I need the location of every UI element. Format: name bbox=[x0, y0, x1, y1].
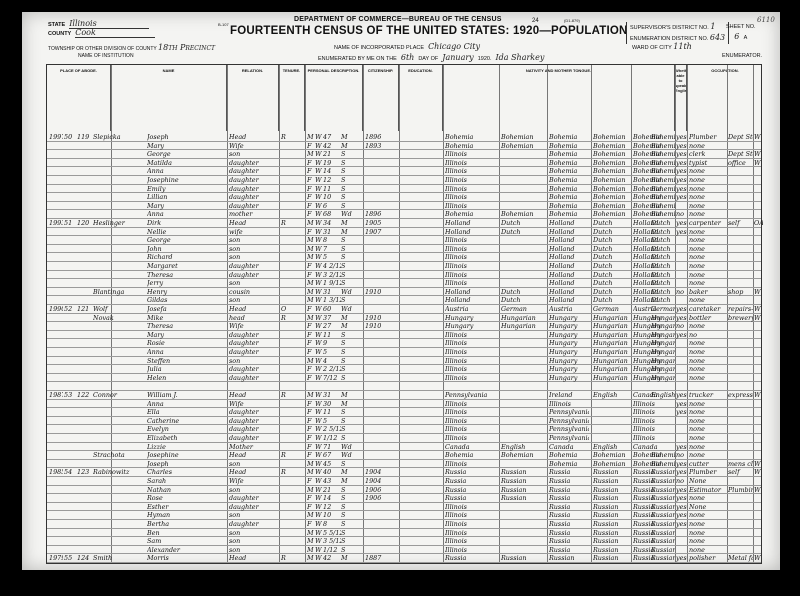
cell-marital: S bbox=[341, 520, 353, 528]
cell-given: Henry bbox=[147, 288, 225, 296]
cell-m-tongue: Bohemian bbox=[651, 210, 675, 218]
cell-f-birth: Illinois bbox=[549, 400, 589, 408]
cell-age: 1 3/12 bbox=[323, 296, 341, 304]
cell-relation: son bbox=[229, 537, 277, 545]
cell-dwelling: 53 bbox=[64, 391, 76, 399]
cell-year-imm: 1896 bbox=[365, 133, 397, 141]
cell-age: 30 bbox=[323, 400, 341, 408]
cell-birth: Illinois bbox=[445, 408, 497, 416]
cell-tongue: Hungarian bbox=[501, 314, 545, 322]
cell-age: 12 bbox=[323, 503, 341, 511]
cell-english: no bbox=[676, 477, 687, 485]
cell-age: 3 2/12 bbox=[323, 271, 341, 279]
cell-industry: mens clothing bbox=[728, 460, 753, 468]
cell-age: 40 bbox=[323, 468, 341, 476]
cell-sex: F bbox=[307, 408, 315, 416]
cell-industry: repairs-wall bbox=[728, 305, 753, 313]
cell-sex: M bbox=[307, 468, 315, 476]
cell-age: 8 bbox=[323, 236, 341, 244]
cell-sex: F bbox=[307, 167, 315, 175]
cell-class: W bbox=[754, 159, 763, 167]
cell-age: 6 bbox=[323, 202, 341, 210]
table-row: BerthadaughterFW8SIllinoisRussiaRussianR… bbox=[47, 520, 761, 529]
cell-tongue: Dutch bbox=[501, 296, 545, 304]
cell-marital: M bbox=[341, 314, 353, 322]
cell-relation: daughter bbox=[229, 374, 277, 382]
cell-sex: M bbox=[307, 236, 315, 244]
cell-sex: M bbox=[307, 279, 315, 287]
sheet-number-box: SHEET NO. 6 A bbox=[726, 22, 756, 43]
cell-house: 1993 bbox=[49, 219, 63, 227]
cell-f-birth: Pennsylvania bbox=[549, 425, 589, 433]
table-row: ElladaughterFW11SIllinoisPennsylvaniaIll… bbox=[47, 408, 761, 417]
cell-age: 67 bbox=[323, 451, 341, 459]
cell-given: Dirk bbox=[147, 219, 225, 227]
table-row: NathansonMW21S1906RussiaRussianRussiaRus… bbox=[47, 486, 761, 495]
table-row: LizzieMotherFW71WdCanadaEnglishCanadaEng… bbox=[47, 443, 761, 452]
census-table: PLACE OF ABODE. NAME RELATION. TENURE. P… bbox=[46, 64, 762, 564]
cell-birth: Illinois bbox=[445, 159, 497, 167]
cell-marital: S bbox=[341, 167, 353, 175]
cell-given: John bbox=[147, 245, 225, 253]
cell-race: W bbox=[315, 468, 323, 476]
cell-f-tongue: Dutch bbox=[593, 271, 629, 279]
cell-sex: F bbox=[307, 176, 315, 184]
cell-age: 9 bbox=[323, 339, 341, 347]
cell-f-tongue: Bohemian bbox=[593, 167, 629, 175]
cell-given: Ben bbox=[147, 529, 225, 537]
table-row: MatildadaughterFW19SIllinoisBohemiaBohem… bbox=[47, 159, 761, 168]
cell-marital: S bbox=[341, 529, 353, 537]
cell-sex: F bbox=[307, 400, 315, 408]
cell-sex: F bbox=[307, 494, 315, 502]
cell-relation: Head bbox=[229, 451, 277, 459]
cell-sex: F bbox=[307, 443, 315, 451]
cell-occupation: none bbox=[689, 425, 727, 433]
cell-f-tongue: Dutch bbox=[593, 245, 629, 253]
cell-marital: M bbox=[341, 477, 353, 485]
cell-f-tongue: Russian bbox=[593, 520, 629, 528]
table-row: AnnamotherFW68Wd1896BohemiaBohemianBohem… bbox=[47, 210, 761, 219]
cell-sex: F bbox=[307, 331, 315, 339]
cell-m-tongue: Hungarian bbox=[651, 374, 675, 382]
cell-race: W bbox=[315, 296, 323, 304]
cell-f-tongue: Bohemian bbox=[593, 176, 629, 184]
cell-occupation: none bbox=[689, 511, 727, 519]
cell-dwelling: 55 bbox=[64, 554, 76, 562]
cell-sex: F bbox=[307, 374, 315, 382]
cell-race: W bbox=[315, 279, 323, 287]
cell-tenure: R bbox=[281, 133, 291, 141]
cell-occupation: Plumber bbox=[689, 468, 727, 476]
cell-sex: F bbox=[307, 142, 315, 150]
state-label: STATE bbox=[48, 21, 65, 29]
cell-f-tongue: Bohemian bbox=[593, 202, 629, 210]
cell-age: 14 bbox=[323, 167, 341, 175]
cell-race: W bbox=[315, 228, 323, 236]
cell-f-birth: Russian bbox=[549, 554, 589, 562]
cell-english: yes bbox=[676, 305, 687, 313]
cell-sex: F bbox=[307, 305, 315, 313]
col-relation: RELATION. bbox=[227, 65, 279, 131]
cell-english: yes bbox=[676, 159, 687, 167]
cell-family: 119 bbox=[77, 133, 91, 141]
cell-birth: Illinois bbox=[445, 460, 497, 468]
cell-marital: S bbox=[341, 374, 353, 382]
cell-f-tongue: Hungarian bbox=[593, 322, 629, 330]
cell-sex: F bbox=[307, 425, 315, 433]
cell-given: George bbox=[147, 236, 225, 244]
cell-house: 1997 bbox=[49, 133, 63, 141]
cell-race: W bbox=[315, 503, 323, 511]
cell-f-birth: Holland bbox=[549, 228, 589, 236]
cell-marital: S bbox=[341, 486, 353, 494]
table-row: HymansonMW10SIllinoisRussiaRussianRussia… bbox=[47, 511, 761, 520]
cell-class: W bbox=[754, 486, 763, 494]
cell-f-tongue: Hungarian bbox=[593, 348, 629, 356]
cell-relation: daughter bbox=[229, 159, 277, 167]
cell-birth: Illinois bbox=[445, 339, 497, 347]
cell-f-birth: Bohemia bbox=[549, 193, 589, 201]
cell-sex: M bbox=[307, 253, 315, 261]
cell-sex: F bbox=[307, 477, 315, 485]
cell-occupation: polisher bbox=[689, 554, 727, 562]
cell-age: 1/12 bbox=[323, 434, 341, 442]
cell-occupation: no bbox=[689, 331, 727, 339]
cell-relation: daughter bbox=[229, 176, 277, 184]
census-sheet: STATEIllinois COUNTYCook TOWNSHIP OR OTH… bbox=[22, 12, 780, 570]
cell-f-tongue: Bohemian bbox=[593, 185, 629, 193]
cell-f-tongue: Russian bbox=[593, 503, 629, 511]
cell-year-imm: 1905 bbox=[365, 219, 397, 227]
cell-occupation: none bbox=[689, 185, 727, 193]
cell-marital: M bbox=[341, 400, 353, 408]
cell-sex: M bbox=[307, 529, 315, 537]
incorporated-label: NAME OF INCORPORATED PLACE bbox=[334, 45, 424, 51]
cell-given: Anna bbox=[147, 348, 225, 356]
cell-age: 12 bbox=[323, 176, 341, 184]
cell-english: yes bbox=[676, 193, 687, 201]
cell-age: 5 bbox=[323, 348, 341, 356]
cell-age: 1/12 bbox=[323, 546, 341, 554]
cell-f-tongue: Dutch bbox=[593, 279, 629, 287]
cell-race: W bbox=[315, 537, 323, 545]
cell-marital: S bbox=[341, 537, 353, 545]
cell-year-imm: 1887 bbox=[365, 554, 397, 562]
corner-note: 6110 bbox=[757, 16, 775, 24]
cell-tongue: Bohemian bbox=[501, 210, 545, 218]
cell-relation: Head bbox=[229, 305, 277, 313]
cell-industry: Metal factory bbox=[728, 554, 753, 562]
table-row: BlantingaHenrycousinMW31Wd1910HollandDut… bbox=[47, 288, 761, 297]
cell-m-birth: Illinois bbox=[633, 408, 673, 416]
cell-given: Rosie bbox=[147, 339, 225, 347]
enumeration-date-row: ENUMERATED BY ME ON THE 6th DAY OF Janua… bbox=[318, 53, 544, 62]
cell-marital: M bbox=[341, 391, 353, 399]
cell-f-birth: Bohemia bbox=[549, 133, 589, 141]
cell-race: W bbox=[315, 451, 323, 459]
cell-given: Theresa bbox=[147, 271, 225, 279]
cell-f-tongue: Dutch bbox=[593, 262, 629, 270]
cell-occupation: none bbox=[689, 167, 727, 175]
cell-m-tongue: Russian bbox=[651, 546, 675, 554]
cell-given: Charles bbox=[147, 468, 225, 476]
page-title: FOURTEENTH CENSUS OF THE UNITED STATES: … bbox=[230, 25, 628, 37]
cell-tenure: R bbox=[281, 219, 291, 227]
cell-race: W bbox=[315, 348, 323, 356]
enumeration-value: 643 bbox=[710, 33, 725, 42]
cell-m-tongue: German bbox=[651, 305, 675, 313]
cell-f-birth: Bohemia bbox=[549, 451, 589, 459]
cell-given: Gildas bbox=[147, 296, 225, 304]
cell-birth: Illinois bbox=[445, 202, 497, 210]
cell-given: Mary bbox=[147, 202, 225, 210]
table-row: 199351120HeslingerDirkHeadRMW34M1905Holl… bbox=[47, 219, 761, 228]
cell-birth: Illinois bbox=[445, 193, 497, 201]
cell-given: Jerry bbox=[147, 279, 225, 287]
cell-age: 11 bbox=[323, 331, 341, 339]
cell-sex: F bbox=[307, 503, 315, 511]
cell-given: Emily bbox=[147, 185, 225, 193]
cell-tenure: O bbox=[281, 305, 291, 313]
cell-occupation: trucker bbox=[689, 391, 727, 399]
table-row: NovakMikeheadRMW37M1910HungaryHungarianH… bbox=[47, 314, 761, 323]
cell-f-birth: Pennsylvania bbox=[549, 434, 589, 442]
cell-given: Nathan bbox=[147, 486, 225, 494]
cell-marital: M bbox=[341, 554, 353, 562]
cell-family: 123 bbox=[77, 468, 91, 476]
incorporated-value: Chicago City bbox=[428, 42, 480, 51]
cell-marital: M bbox=[341, 133, 353, 141]
cell-marital: S bbox=[341, 331, 353, 339]
cell-age: 2 5/12 bbox=[323, 425, 341, 433]
cell-tongue: Bohemian bbox=[501, 142, 545, 150]
cell-tongue: Bohemian bbox=[501, 451, 545, 459]
table-row: GeorgesonMW21SIllinoisBohemiaBohemianBoh… bbox=[47, 150, 761, 159]
cell-m-birth: Illinois bbox=[633, 417, 673, 425]
county-label: COUNTY bbox=[48, 30, 71, 38]
header-left: STATEIllinois COUNTYCook bbox=[48, 20, 155, 38]
cell-race: W bbox=[315, 253, 323, 261]
cell-tongue: German bbox=[501, 305, 545, 313]
cell-dwelling: 50 bbox=[64, 133, 76, 141]
cell-f-birth: Ireland bbox=[549, 391, 589, 399]
cell-sex: F bbox=[307, 348, 315, 356]
cell-marital: S bbox=[341, 365, 353, 373]
cell-occupation: typist bbox=[689, 159, 727, 167]
cell-relation: son bbox=[229, 296, 277, 304]
cell-f-birth: Russia bbox=[549, 486, 589, 494]
cell-occupation: none bbox=[689, 142, 727, 150]
cell-relation: Head bbox=[229, 219, 277, 227]
cell-race: W bbox=[315, 219, 323, 227]
cell-race: W bbox=[315, 546, 323, 554]
cell-relation: daughter bbox=[229, 348, 277, 356]
cell-given: Lillian bbox=[147, 193, 225, 201]
table-row: ElizabethdaughterFW1/12SIllinoisPennsylv… bbox=[47, 434, 761, 443]
cell-english: yes bbox=[676, 314, 687, 322]
cell-f-birth: Russia bbox=[549, 529, 589, 537]
enumerated-month: January bbox=[442, 53, 473, 62]
cell-sex: F bbox=[307, 434, 315, 442]
cell-surname: Rabinowitz bbox=[93, 468, 145, 476]
cell-f-birth: Pennsylvania bbox=[549, 408, 589, 416]
cell-f-birth: Canada bbox=[549, 443, 589, 451]
township-label: TOWNSHIP OR OTHER DIVISION OF COUNTY bbox=[48, 46, 157, 52]
cell-class: W bbox=[754, 288, 763, 296]
cell-occupation: none bbox=[689, 210, 727, 218]
cell-marital: S bbox=[341, 339, 353, 347]
table-row: MarydaughterFW6SIllinoisBohemiaBohemianB… bbox=[47, 202, 761, 211]
cell-given: Anna bbox=[147, 400, 225, 408]
incorporated-place-row: NAME OF INCORPORATED PLACEChicago City bbox=[334, 42, 480, 51]
cell-english: yes bbox=[676, 400, 687, 408]
table-row: 198753122ConnorWilliam J.HeadRMW31MPenns… bbox=[47, 391, 761, 400]
cell-m-tongue: Dutch bbox=[651, 219, 675, 227]
cell-marital: S bbox=[341, 296, 353, 304]
cell-f-birth: Russia bbox=[549, 520, 589, 528]
cell-m-tongue: Bohemian bbox=[651, 133, 675, 141]
cell-family: 124 bbox=[77, 554, 91, 562]
table-row: GildassonMW1 3/12SHollandDutchHollandDut… bbox=[47, 296, 761, 305]
cell-race: W bbox=[315, 443, 323, 451]
cell-age: 47 bbox=[323, 133, 341, 141]
cell-english: no bbox=[676, 451, 687, 459]
cell-sex: F bbox=[307, 159, 315, 167]
cell-given: Matilda bbox=[147, 159, 225, 167]
cell-industry: brewery bbox=[728, 314, 753, 322]
page-number: 24 bbox=[532, 18, 539, 24]
cell-m-tongue: Bohemian bbox=[651, 167, 675, 175]
cell-relation: daughter bbox=[229, 271, 277, 279]
cell-birth: Holland bbox=[445, 228, 497, 236]
sheet-number: 6 bbox=[734, 32, 739, 41]
cell-relation: daughter bbox=[229, 503, 277, 511]
cell-occupation: clerk bbox=[689, 150, 727, 158]
cell-tongue: Dutch bbox=[501, 228, 545, 236]
cell-birth: Illinois bbox=[445, 253, 497, 261]
cell-f-tongue: Dutch bbox=[593, 236, 629, 244]
cell-f-birth: Russia bbox=[549, 537, 589, 545]
cell-f-birth: Russia bbox=[549, 477, 589, 485]
cell-f-tongue: Russian bbox=[593, 494, 629, 502]
cell-age: 21 bbox=[323, 150, 341, 158]
cell-marital: S bbox=[341, 159, 353, 167]
cell-sex: M bbox=[307, 391, 315, 399]
cell-year-imm: 1893 bbox=[365, 142, 397, 150]
cell-m-tongue: Russian bbox=[651, 494, 675, 502]
cell-f-birth: Bohemia bbox=[549, 185, 589, 193]
cell-marital: S bbox=[341, 546, 353, 554]
table-row: BensonMW5 5/12SIllinoisRussiaRussianRuss… bbox=[47, 529, 761, 538]
cell-class: OA bbox=[754, 219, 763, 227]
cell-age: 45 bbox=[323, 460, 341, 468]
cell-marital: S bbox=[341, 176, 353, 184]
cell-f-tongue: Russian bbox=[593, 554, 629, 562]
cell-race: W bbox=[315, 374, 323, 382]
cell-surname: Strachota bbox=[93, 451, 145, 459]
cell-occupation: none bbox=[689, 546, 727, 554]
cell-f-birth: Austria bbox=[549, 305, 589, 313]
cell-birth: Illinois bbox=[445, 176, 497, 184]
cell-birth: Holland bbox=[445, 288, 497, 296]
cell-f-birth: Holland bbox=[549, 279, 589, 287]
cell-occupation: none bbox=[689, 176, 727, 184]
cell-f-tongue: Bohemian bbox=[593, 150, 629, 158]
cell-occupation: None bbox=[689, 477, 727, 485]
cell-occupation: none bbox=[689, 202, 727, 210]
cell-age: 5 bbox=[323, 417, 341, 425]
cell-marital: S bbox=[341, 271, 353, 279]
cell-occupation: none bbox=[689, 374, 727, 382]
cell-m-tongue: Russian bbox=[651, 529, 675, 537]
col-place-of-abode: PLACE OF ABODE. bbox=[47, 65, 111, 131]
cell-occupation: none bbox=[689, 537, 727, 545]
cell-occupation: bottler bbox=[689, 314, 727, 322]
cell-occupation: Estimator bbox=[689, 486, 727, 494]
cell-occupation: none bbox=[689, 262, 727, 270]
cell-f-birth: Hungary bbox=[549, 357, 589, 365]
cell-family: 120 bbox=[77, 219, 91, 227]
cell-m-tongue: Dutch bbox=[651, 245, 675, 253]
cell-occupation: none bbox=[689, 339, 727, 347]
cell-sex: M bbox=[307, 245, 315, 253]
cell-english: yes bbox=[676, 511, 687, 519]
cell-m-tongue: Bohemian bbox=[651, 142, 675, 150]
cell-occupation: none bbox=[689, 520, 727, 528]
cell-sex: F bbox=[307, 339, 315, 347]
sheet-label: SHEET NO. bbox=[726, 22, 756, 32]
supervisor-label: SUPERVISOR'S DISTRICT NO. bbox=[630, 25, 709, 31]
cell-class: W bbox=[754, 460, 763, 468]
cell-given: Bertha bbox=[147, 520, 225, 528]
cell-race: W bbox=[315, 417, 323, 425]
cell-given: Rose bbox=[147, 494, 225, 502]
cell-class: W bbox=[754, 314, 763, 322]
cell-m-tongue: Bohemian bbox=[651, 451, 675, 459]
cell-given: Esther bbox=[147, 503, 225, 511]
cell-marital: S bbox=[341, 150, 353, 158]
table-row: JosephsonMW45SIllinoisBohemiaBohemianBoh… bbox=[47, 460, 761, 469]
table-row: AnnadaughterFW14SIllinoisBohemiaBohemian… bbox=[47, 167, 761, 176]
table-row: RosiedaughterFW9SIllinoisHungaryHungaria… bbox=[47, 339, 761, 348]
cell-age: 5 5/12 bbox=[323, 529, 341, 537]
cell-relation: son bbox=[229, 529, 277, 537]
cell-english: no bbox=[676, 288, 687, 296]
cell-age: 27 bbox=[323, 322, 341, 330]
county-value: Cook bbox=[75, 29, 155, 38]
cell-race: W bbox=[315, 486, 323, 494]
cell-race: W bbox=[315, 460, 323, 468]
table-row: SarahWifeFW43M1904RussiaRussianRussiaRus… bbox=[47, 477, 761, 486]
cell-birth: Illinois bbox=[445, 511, 497, 519]
cell-birth: Hungary bbox=[445, 314, 497, 322]
cell-m-tongue: English bbox=[651, 391, 675, 399]
cell-birth: Bohemia bbox=[445, 142, 497, 150]
cell-f-tongue: English bbox=[593, 391, 629, 399]
cell-english: yes bbox=[676, 176, 687, 184]
cell-race: W bbox=[315, 202, 323, 210]
cell-m-tongue: Russian bbox=[651, 520, 675, 528]
cell-marital: S bbox=[341, 185, 353, 193]
cell-m-birth: Illinois bbox=[633, 400, 673, 408]
cell-sex: F bbox=[307, 202, 315, 210]
col-name: NAME bbox=[111, 65, 227, 131]
cell-year-imm: 1906 bbox=[365, 494, 397, 502]
cell-dwelling: 51 bbox=[64, 219, 76, 227]
cell-age: 68 bbox=[323, 210, 341, 218]
cell-sex: F bbox=[307, 417, 315, 425]
